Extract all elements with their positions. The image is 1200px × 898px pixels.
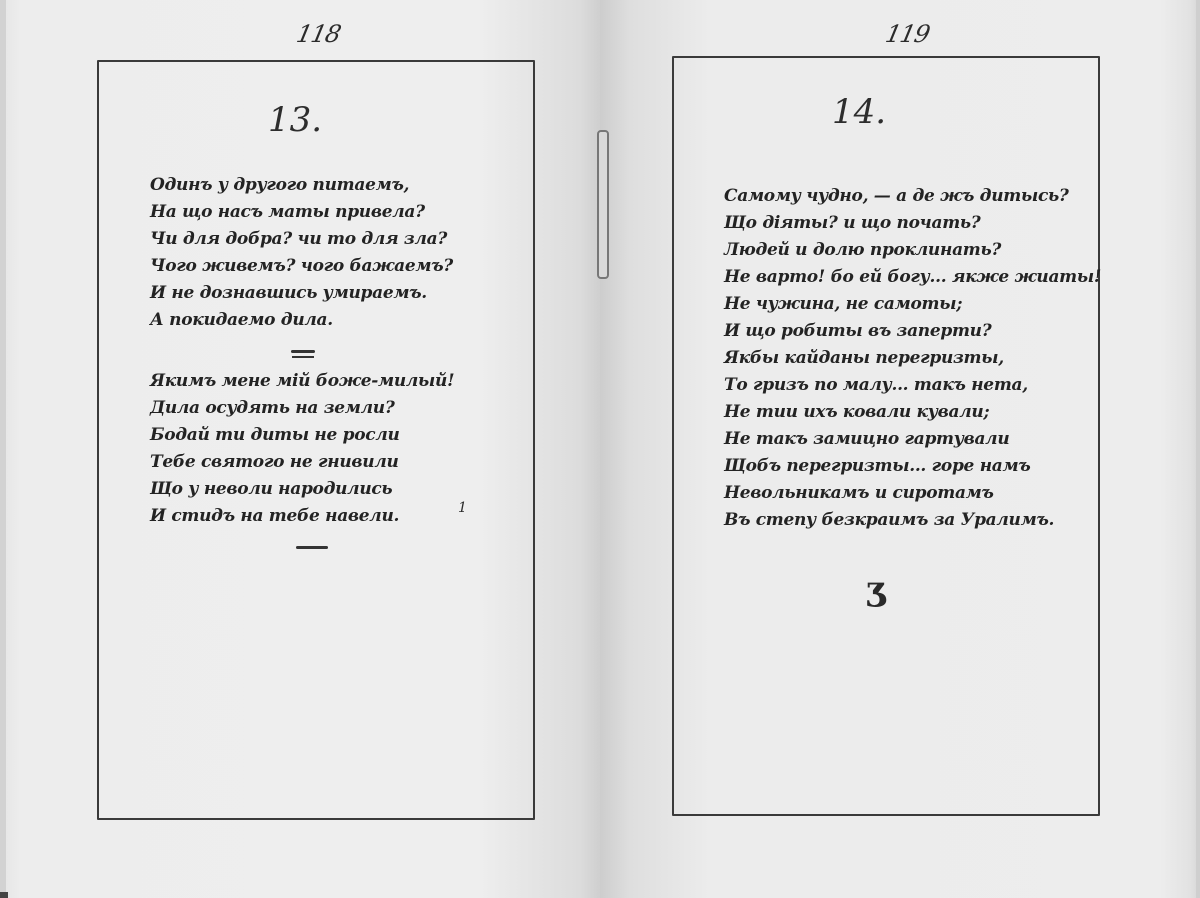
poem-line: Якимъ мене мій боже-милый! [150,368,454,395]
poem-line: Въ степу безкраимъ за Уралимъ. [724,507,1101,534]
poem-line: То гризъ по малу... такъ нета, [724,372,1101,399]
poem-line: На що насъ маты привела? [150,199,453,226]
page-edge [0,0,6,898]
poem-line: Якбы кайданы перегризты, [724,345,1101,372]
poem-line: Що у неволи народились [150,476,454,503]
stanza-divider [292,356,314,358]
left-page: 118 13. Одинъ у другого питаемъ, На що н… [0,0,600,898]
poem-line: Не чужина, не самоты; [724,291,1101,318]
page-number: 119 [883,20,932,48]
poem-line: Невольникамъ и сиротамъ [724,480,1101,507]
poem-line: Одинъ у другого питаемъ, [150,172,453,199]
page-edge-mark [0,892,8,898]
end-divider [296,546,328,549]
page-number: 118 [294,20,343,48]
right-page: 119 14. Самому чудно, — а де жъ дитысь? … [600,0,1200,898]
end-flourish-icon: ʒ [866,572,885,606]
poem-number: 14. [832,92,886,132]
stanza-divider [291,350,315,353]
page-edge [1196,0,1200,898]
poem-line: И що робиты въ заперти? [724,318,1101,345]
poem-line: Дила осудять на земли? [150,395,454,422]
poem-stanza-2: Якимъ мене мій боже-милый! Дила осудять … [150,368,454,530]
poem-line: Не варто! бо ей богу... якже жиаты! [724,264,1101,291]
poem-stanza-1: Одинъ у другого питаемъ, На що насъ маты… [150,172,453,334]
poem-line: И стидъ на тебе навели. [150,503,454,530]
poem-line: А покидаемо дила. [150,307,453,334]
poem-line: Бодай ти диты не росли [150,422,454,449]
poem-line: Самому чудно, — а де жъ дитысь? [724,183,1101,210]
poem-line: Чи для добра? чи то для зла? [150,226,453,253]
poem-number: 13. [268,100,322,140]
poem-line: Що діяты? и що почать? [724,210,1101,237]
poem-line: Не такъ замицно гартували [724,426,1101,453]
poem-line: Щобъ перегризты... горе намъ [724,453,1101,480]
binding-thread [597,130,609,279]
poem-line: Тебе святого не гнивили [150,449,454,476]
footnote-mark: 1 [458,500,467,516]
poem-line: Людей и долю проклинать? [724,237,1101,264]
poem-line: Чого живемъ? чого бажаемъ? [150,253,453,280]
book-spread: 118 13. Одинъ у другого питаемъ, На що н… [0,0,1200,898]
poem-body: Самому чудно, — а де жъ дитысь? Що діяты… [724,183,1101,534]
poem-line: Не тии ихъ ковали кували; [724,399,1101,426]
poem-line: И не дознавшись умираемъ. [150,280,453,307]
